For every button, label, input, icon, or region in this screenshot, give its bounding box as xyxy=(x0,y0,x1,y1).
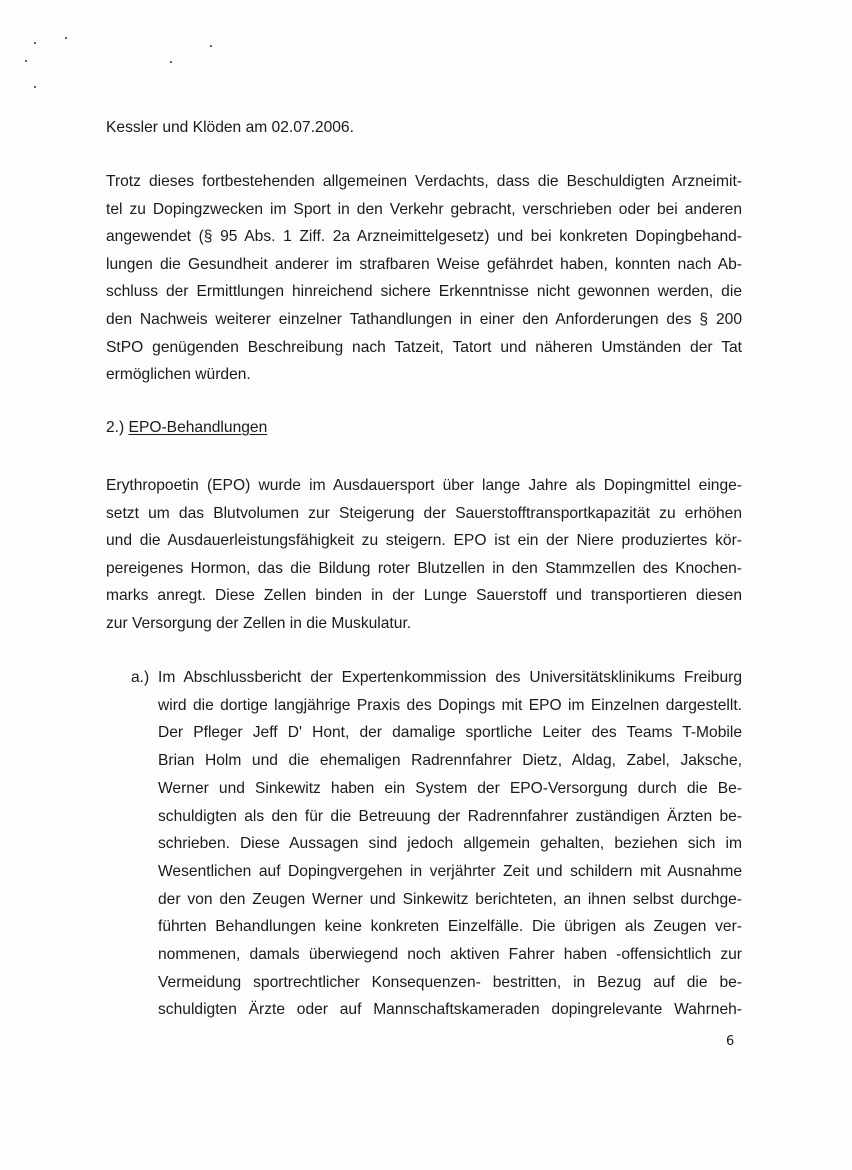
scan-speck xyxy=(34,86,36,88)
text-line: Vermeidung sportrechtlicher Konsequenzen… xyxy=(158,973,742,993)
text-line: Erythropoetin (EPO) wurde im Ausdauerspo… xyxy=(106,476,742,496)
text-line: Im Abschlussbericht der Expertenkommissi… xyxy=(158,668,742,688)
text-line: angewendet (§ 95 Abs. 1 Ziff. 2a Arzneim… xyxy=(106,227,742,247)
page-number: 6 xyxy=(726,1034,734,1049)
scan-speck xyxy=(210,45,212,47)
text-line: den Nachweis weiterer einzelner Tathandl… xyxy=(106,310,742,330)
scan-speck xyxy=(65,37,67,39)
section-title: EPO-Behandlungen xyxy=(129,419,268,436)
text-line: schluss der Ermittlungen hinreichend sic… xyxy=(106,282,742,302)
text-line: StPO genügenden Beschreibung nach Tatzei… xyxy=(106,338,742,358)
text-line: führten Behandlungen keine konkreten Ein… xyxy=(158,917,742,937)
text-line: schrieben. Diese Aussagen sind jedoch al… xyxy=(158,834,742,854)
list-marker-a: a.) xyxy=(131,668,149,688)
document-page: Kessler und Klöden am 02.07.2006. Trotz … xyxy=(0,0,852,1170)
text-line: ermöglichen würden. xyxy=(106,365,251,385)
text-line: tel zu Dopingzwecken im Sport in den Ver… xyxy=(106,200,742,220)
section-heading: 2.) EPO-Behandlungen xyxy=(106,418,267,438)
text-line: marks anregt. Diese Zellen binden in der… xyxy=(106,586,742,606)
opening-line: Kessler und Klöden am 02.07.2006. xyxy=(106,118,354,138)
scan-speck xyxy=(170,61,172,63)
text-line: Brian Holm und die ehemaligen Radrennfah… xyxy=(158,751,742,771)
text-line: und die Ausdauerleistungsfähigkeit zu st… xyxy=(106,531,742,551)
text-line: schuldigten Ärzte oder auf Mannschaftska… xyxy=(158,1000,742,1020)
text-line: Wesentlichen auf Dopingvergehen in verjä… xyxy=(158,862,742,882)
text-line: schuldigten als den für die Betreuung de… xyxy=(158,807,742,827)
text-line: setzt um das Blutvolumen zur Steigerung … xyxy=(106,504,742,524)
text-line: wird die dortige langjährige Praxis des … xyxy=(158,696,742,716)
scan-speck xyxy=(34,42,36,44)
text-line: pereigenes Hormon, das die Bildung roter… xyxy=(106,559,742,579)
text-line: Trotz dieses fortbestehenden allgemeinen… xyxy=(106,172,742,192)
text-line: Werner und Sinkewitz haben ein System de… xyxy=(158,779,742,799)
text-line: zur Versorgung der Zellen in die Muskula… xyxy=(106,614,411,634)
scan-speck xyxy=(25,60,27,62)
section-number: 2.) xyxy=(106,419,124,436)
text-line: der von den Zeugen Werner und Sinkewitz … xyxy=(158,890,742,910)
text-line: Der Pfleger Jeff D' Hont, der damalige s… xyxy=(158,723,742,743)
text-line: nommenen, damals überwiegend noch aktive… xyxy=(158,945,742,965)
text-line: lungen die Gesundheit anderer im strafba… xyxy=(106,255,742,275)
